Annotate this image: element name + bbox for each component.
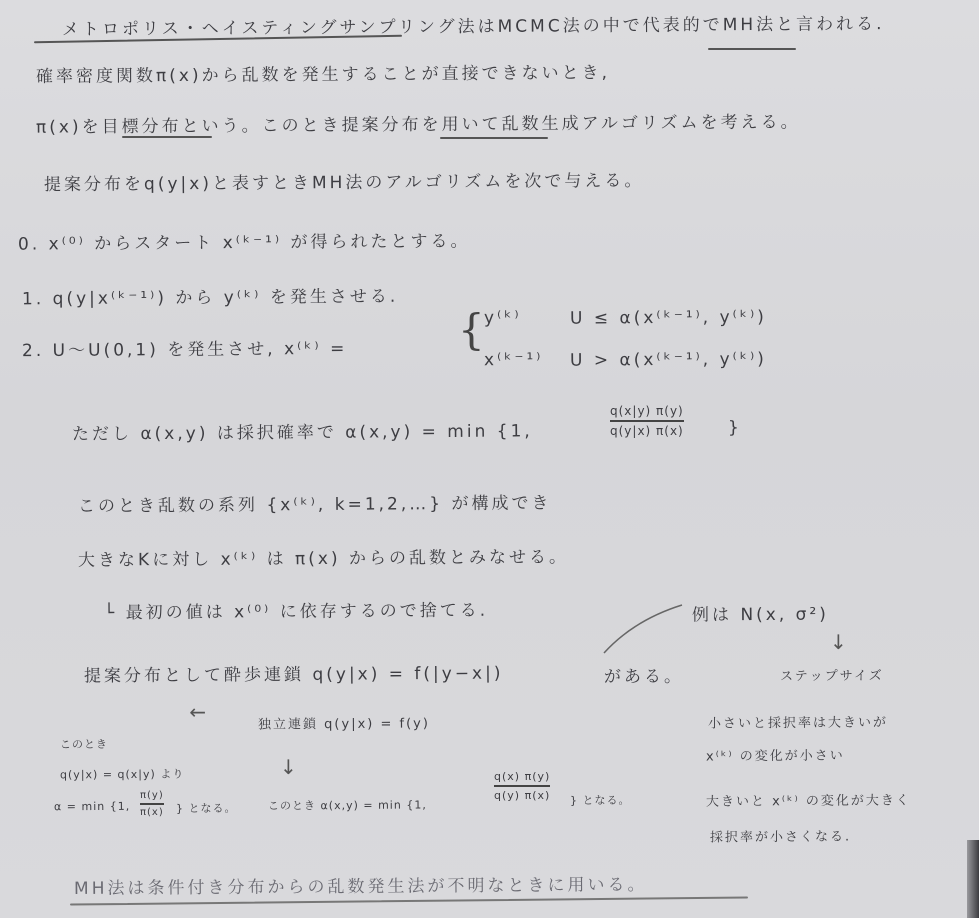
large-step-note-2: 採択率が小さくなる. — [710, 826, 851, 846]
acceptance-prob-fraction: q(x|y) π(y) q(y|x) π(x) — [610, 404, 684, 438]
random-walk-note-2: q(y|x) = q(x|y) より — [60, 766, 184, 783]
small-step-note-2: x⁽ᵏ⁾ の変化が小さい — [706, 745, 845, 765]
example-normal: 例は N(x, σ²) — [692, 600, 829, 626]
conclusion-line: MH法は条件付き分布からの乱数発生法が不明なときに用いる。 — [74, 870, 648, 899]
ind-alpha-denominator: q(y) π(x) — [494, 789, 550, 802]
diag-arrow-icon: ↙ — [184, 698, 213, 727]
intro-line-4: 提案分布をq(y|x)と表すときMH法のアルゴリズムを次で与える。 — [44, 166, 645, 195]
case-1-value: y⁽ᵏ⁾ — [484, 308, 522, 328]
step-size-label: ステップサイズ — [780, 665, 884, 685]
intro-line-2: 確率密度関数π(x)から乱数を発生することが直接できないとき, — [36, 58, 610, 87]
algorithm-step-2: 2. U〜U(0,1) を発生させ, x⁽ᵏ⁾ = — [22, 334, 347, 361]
burn-in-note: └ 最初の値は x⁽⁰⁾ に依存するので捨てる. — [104, 596, 488, 624]
ind-alpha-lhs: このとき α(x,y) = min {1, — [268, 796, 427, 813]
random-walk-line: 提案分布として酔歩連鎖 q(y|x) = f(|y−x|) — [84, 659, 504, 687]
down-arrow-icon-2: ↓ — [280, 755, 297, 779]
acceptance-denominator: q(y|x) π(x) — [610, 424, 684, 438]
algorithm-step-1: 1. q(y|x⁽ᵏ⁻¹⁾) から y⁽ᵏ⁾ を発生させる. — [22, 282, 398, 310]
case-2-value: x⁽ᵏ⁻¹⁾ — [484, 350, 544, 370]
ind-alpha-end: } となる。 — [570, 792, 631, 808]
acceptance-numerator: q(x|y) π(y) — [610, 404, 684, 418]
acceptance-prob-def: ただし α(x,y) は採択確率で α(x,y) = min {1, — [72, 416, 533, 444]
underline-target-dist — [122, 136, 212, 138]
acceptance-close-brace: } — [728, 418, 742, 438]
down-arrow-icon: ↓ — [830, 630, 847, 654]
intro-line-1: メトロポリス・ヘイスティングサンプリング法はMCMC法の中で代表的でMH法と言わ… — [62, 9, 885, 40]
sequence-line: このとき乱数の系列 {x⁽ᵏ⁾, k=1,2,…} が構成でき — [78, 488, 552, 516]
rw-alpha-denominator: π(x) — [140, 807, 164, 818]
random-walk-note-1: このとき — [60, 736, 108, 752]
case-2-condition: U > α(x⁽ᵏ⁻¹⁾, y⁽ᵏ⁾) — [570, 349, 767, 370]
rw-alpha-numerator: π(y) — [140, 790, 164, 801]
fraction-bar — [610, 420, 684, 422]
rw-alpha-end: } となる。 — [176, 800, 237, 816]
connector-line — [604, 605, 684, 655]
case-1-condition: U ≤ α(x⁽ᵏ⁻¹⁾, y⁽ᵏ⁾) — [570, 307, 767, 328]
photo-edge — [967, 840, 979, 918]
independent-chain: 独立連鎖 q(y|x) = f(y) — [258, 712, 430, 732]
large-k-line: 大きなKに対し x⁽ᵏ⁾ は π(x) からの乱数とみなせる。 — [78, 542, 569, 570]
ga-aru-text: がある。 — [604, 662, 684, 688]
rw-alpha-fraction: π(y) π(x) — [140, 790, 164, 818]
intro-line-3: π(x)を目標分布という。このとき提案分布を用いて乱数生成アルゴリズムを考える。 — [36, 107, 801, 137]
ind-alpha-fraction: q(x) π(y) q(y) π(x) — [494, 770, 550, 802]
small-step-note: 小さいと採択率は大きいが — [708, 711, 888, 731]
fraction-bar — [494, 785, 550, 787]
algorithm-step-0: 0. x⁽⁰⁾ からスタート x⁽ᵏ⁻¹⁾ が得られたとする。 — [18, 226, 471, 254]
underline-proposal-dist — [440, 137, 548, 139]
large-step-note: 大きいと x⁽ᵏ⁾ の変化が大きく — [706, 789, 911, 809]
fraction-bar — [140, 803, 164, 805]
case-brace: { — [458, 305, 485, 354]
rw-alpha-lhs: α = min {1, — [54, 800, 130, 814]
underline-mh-abbrev — [708, 48, 796, 50]
ind-alpha-numerator: q(x) π(y) — [494, 770, 550, 783]
